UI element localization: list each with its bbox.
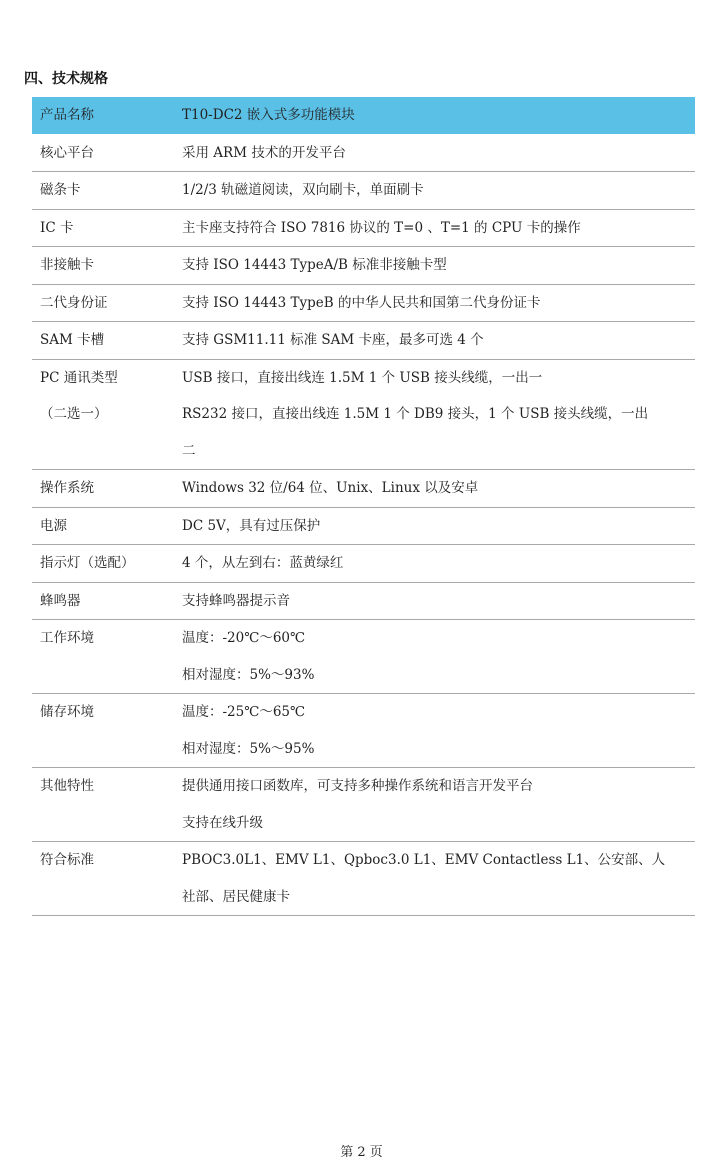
header-value-cell: T10-DC2 嵌入式多功能模块 <box>182 97 695 134</box>
row-label-cell: 其他特性 <box>32 768 182 841</box>
row-value: RS232 接口，直接出线连 1.5M 1 个 DB9 接头，1 个 USB 接… <box>182 396 691 433</box>
row-label: 蜂鸣器 <box>40 583 182 620</box>
row-value: 支持 ISO 14443 TypeB 的中华人民共和国第二代身份证卡 <box>182 285 691 322</box>
section-title: 四、技术规格 <box>24 68 108 88</box>
row-value: DC 5V，具有过压保护 <box>182 508 691 545</box>
row-value-cell: 支持蜂鸣器提示音 <box>182 583 695 620</box>
row-value: 4 个，从左到右：蓝黄绿红 <box>182 545 691 582</box>
row-label: 操作系统 <box>40 470 182 507</box>
row-label-cell: 二代身份证 <box>32 285 182 322</box>
row-value-cell: PBOC3.0L1、EMV L1、Qpboc3.0 L1、EMV Contact… <box>182 842 695 915</box>
row-label-cell: SAM 卡槽 <box>32 322 182 359</box>
table-row: 符合标准PBOC3.0L1、EMV L1、Qpboc3.0 L1、EMV Con… <box>32 842 695 916</box>
spec-table: 产品名称 T10-DC2 嵌入式多功能模块 核心平台采用 ARM 技术的开发平台… <box>32 97 695 916</box>
row-value-cell: 4 个，从左到右：蓝黄绿红 <box>182 545 695 582</box>
table-row: IC 卡主卡座支持符合 ISO 7816 协议的 T=0 、T=1 的 CPU … <box>32 210 695 248</box>
row-label-cell: 储存环境 <box>32 694 182 767</box>
row-label-cell: 符合标准 <box>32 842 182 915</box>
row-label-cell: 磁条卡 <box>32 172 182 209</box>
row-label: 核心平台 <box>40 135 182 172</box>
table-row: 蜂鸣器支持蜂鸣器提示音 <box>32 583 695 621</box>
row-value: 采用 ARM 技术的开发平台 <box>182 135 691 172</box>
row-label-cell: 非接触卡 <box>32 247 182 284</box>
row-label-cell: 操作系统 <box>32 470 182 507</box>
row-value: 主卡座支持符合 ISO 7816 协议的 T=0 、T=1 的 CPU 卡的操作 <box>182 210 691 247</box>
table-row: 操作系统Windows 32 位/64 位、Unix、Linux 以及安卓 <box>32 470 695 508</box>
row-label: PC 通讯类型 <box>40 360 182 397</box>
row-value: 支持 GSM11.11 标准 SAM 卡座，最多可选 4 个 <box>182 322 691 359</box>
row-value: PBOC3.0L1、EMV L1、Qpboc3.0 L1、EMV Contact… <box>182 842 691 879</box>
row-value-cell: 提供通用接口函数库，可支持多种操作系统和语言开发平台支持在线升级 <box>182 768 695 841</box>
table-row: 其他特性提供通用接口函数库，可支持多种操作系统和语言开发平台支持在线升级 <box>32 768 695 842</box>
header-label: 产品名称 <box>40 97 182 134</box>
row-value: 相对湿度：5%～93% <box>182 657 691 694</box>
table-row: SAM 卡槽支持 GSM11.11 标准 SAM 卡座，最多可选 4 个 <box>32 322 695 360</box>
row-value: USB 接口，直接出线连 1.5M 1 个 USB 接头线缆，一出一 <box>182 360 691 397</box>
row-value-cell: DC 5V，具有过压保护 <box>182 508 695 545</box>
row-label-cell: 指示灯（选配） <box>32 545 182 582</box>
header-label-cell: 产品名称 <box>32 97 182 134</box>
row-value: 提供通用接口函数库，可支持多种操作系统和语言开发平台 <box>182 768 691 805</box>
row-value: 支持蜂鸣器提示音 <box>182 583 691 620</box>
header-value: T10-DC2 嵌入式多功能模块 <box>182 97 691 134</box>
row-label: 电源 <box>40 508 182 545</box>
table-header-row: 产品名称 T10-DC2 嵌入式多功能模块 <box>32 97 695 135</box>
row-label-cell: IC 卡 <box>32 210 182 247</box>
row-value-cell: 温度：-25℃～65℃相对湿度：5%～95% <box>182 694 695 767</box>
table-row: 储存环境温度：-25℃～65℃相对湿度：5%～95% <box>32 694 695 768</box>
row-label: 工作环境 <box>40 620 182 657</box>
row-label: SAM 卡槽 <box>40 322 182 359</box>
table-row: PC 通讯类型（二选一）USB 接口，直接出线连 1.5M 1 个 USB 接头… <box>32 360 695 471</box>
row-label-cell: 蜂鸣器 <box>32 583 182 620</box>
row-value-cell: USB 接口，直接出线连 1.5M 1 个 USB 接头线缆，一出一RS232 … <box>182 360 695 470</box>
table-row: 非接触卡支持 ISO 14443 TypeA/B 标准非接触卡型 <box>32 247 695 285</box>
row-label-cell: 电源 <box>32 508 182 545</box>
row-label: （二选一） <box>40 396 182 433</box>
row-value: 支持 ISO 14443 TypeA/B 标准非接触卡型 <box>182 247 691 284</box>
table-row: 磁条卡1/2/3 轨磁道阅读，双向刷卡，单面刷卡 <box>32 172 695 210</box>
row-value-cell: 支持 ISO 14443 TypeA/B 标准非接触卡型 <box>182 247 695 284</box>
row-value: 1/2/3 轨磁道阅读，双向刷卡，单面刷卡 <box>182 172 691 209</box>
row-label: 符合标准 <box>40 842 182 879</box>
row-label-cell: 工作环境 <box>32 620 182 693</box>
row-value: Windows 32 位/64 位、Unix、Linux 以及安卓 <box>182 470 691 507</box>
row-value: 二 <box>182 433 691 470</box>
table-row: 二代身份证支持 ISO 14443 TypeB 的中华人民共和国第二代身份证卡 <box>32 285 695 323</box>
row-value: 社部、居民健康卡 <box>182 879 691 916</box>
row-value: 温度：-25℃～65℃ <box>182 694 691 731</box>
table-row: 电源DC 5V，具有过压保护 <box>32 508 695 546</box>
row-value-cell: Windows 32 位/64 位、Unix、Linux 以及安卓 <box>182 470 695 507</box>
row-value: 相对湿度：5%～95% <box>182 731 691 768</box>
page-number: 第 2 页 <box>0 1141 723 1160</box>
row-label: 其他特性 <box>40 768 182 805</box>
row-label: 指示灯（选配） <box>40 545 182 582</box>
row-value-cell: 1/2/3 轨磁道阅读，双向刷卡，单面刷卡 <box>182 172 695 209</box>
row-value: 支持在线升级 <box>182 805 691 842</box>
row-value-cell: 温度：-20℃～60℃相对湿度：5%～93% <box>182 620 695 693</box>
row-value-cell: 采用 ARM 技术的开发平台 <box>182 135 695 172</box>
table-row: 指示灯（选配）4 个，从左到右：蓝黄绿红 <box>32 545 695 583</box>
row-label: IC 卡 <box>40 210 182 247</box>
row-label-cell: PC 通讯类型（二选一） <box>32 360 182 470</box>
table-row: 工作环境温度：-20℃～60℃相对湿度：5%～93% <box>32 620 695 694</box>
row-label: 二代身份证 <box>40 285 182 322</box>
row-value-cell: 支持 GSM11.11 标准 SAM 卡座，最多可选 4 个 <box>182 322 695 359</box>
table-row: 核心平台采用 ARM 技术的开发平台 <box>32 135 695 173</box>
row-label: 非接触卡 <box>40 247 182 284</box>
row-label: 储存环境 <box>40 694 182 731</box>
row-value-cell: 支持 ISO 14443 TypeB 的中华人民共和国第二代身份证卡 <box>182 285 695 322</box>
row-value: 温度：-20℃～60℃ <box>182 620 691 657</box>
row-value-cell: 主卡座支持符合 ISO 7816 协议的 T=0 、T=1 的 CPU 卡的操作 <box>182 210 695 247</box>
row-label-cell: 核心平台 <box>32 135 182 172</box>
row-label: 磁条卡 <box>40 172 182 209</box>
